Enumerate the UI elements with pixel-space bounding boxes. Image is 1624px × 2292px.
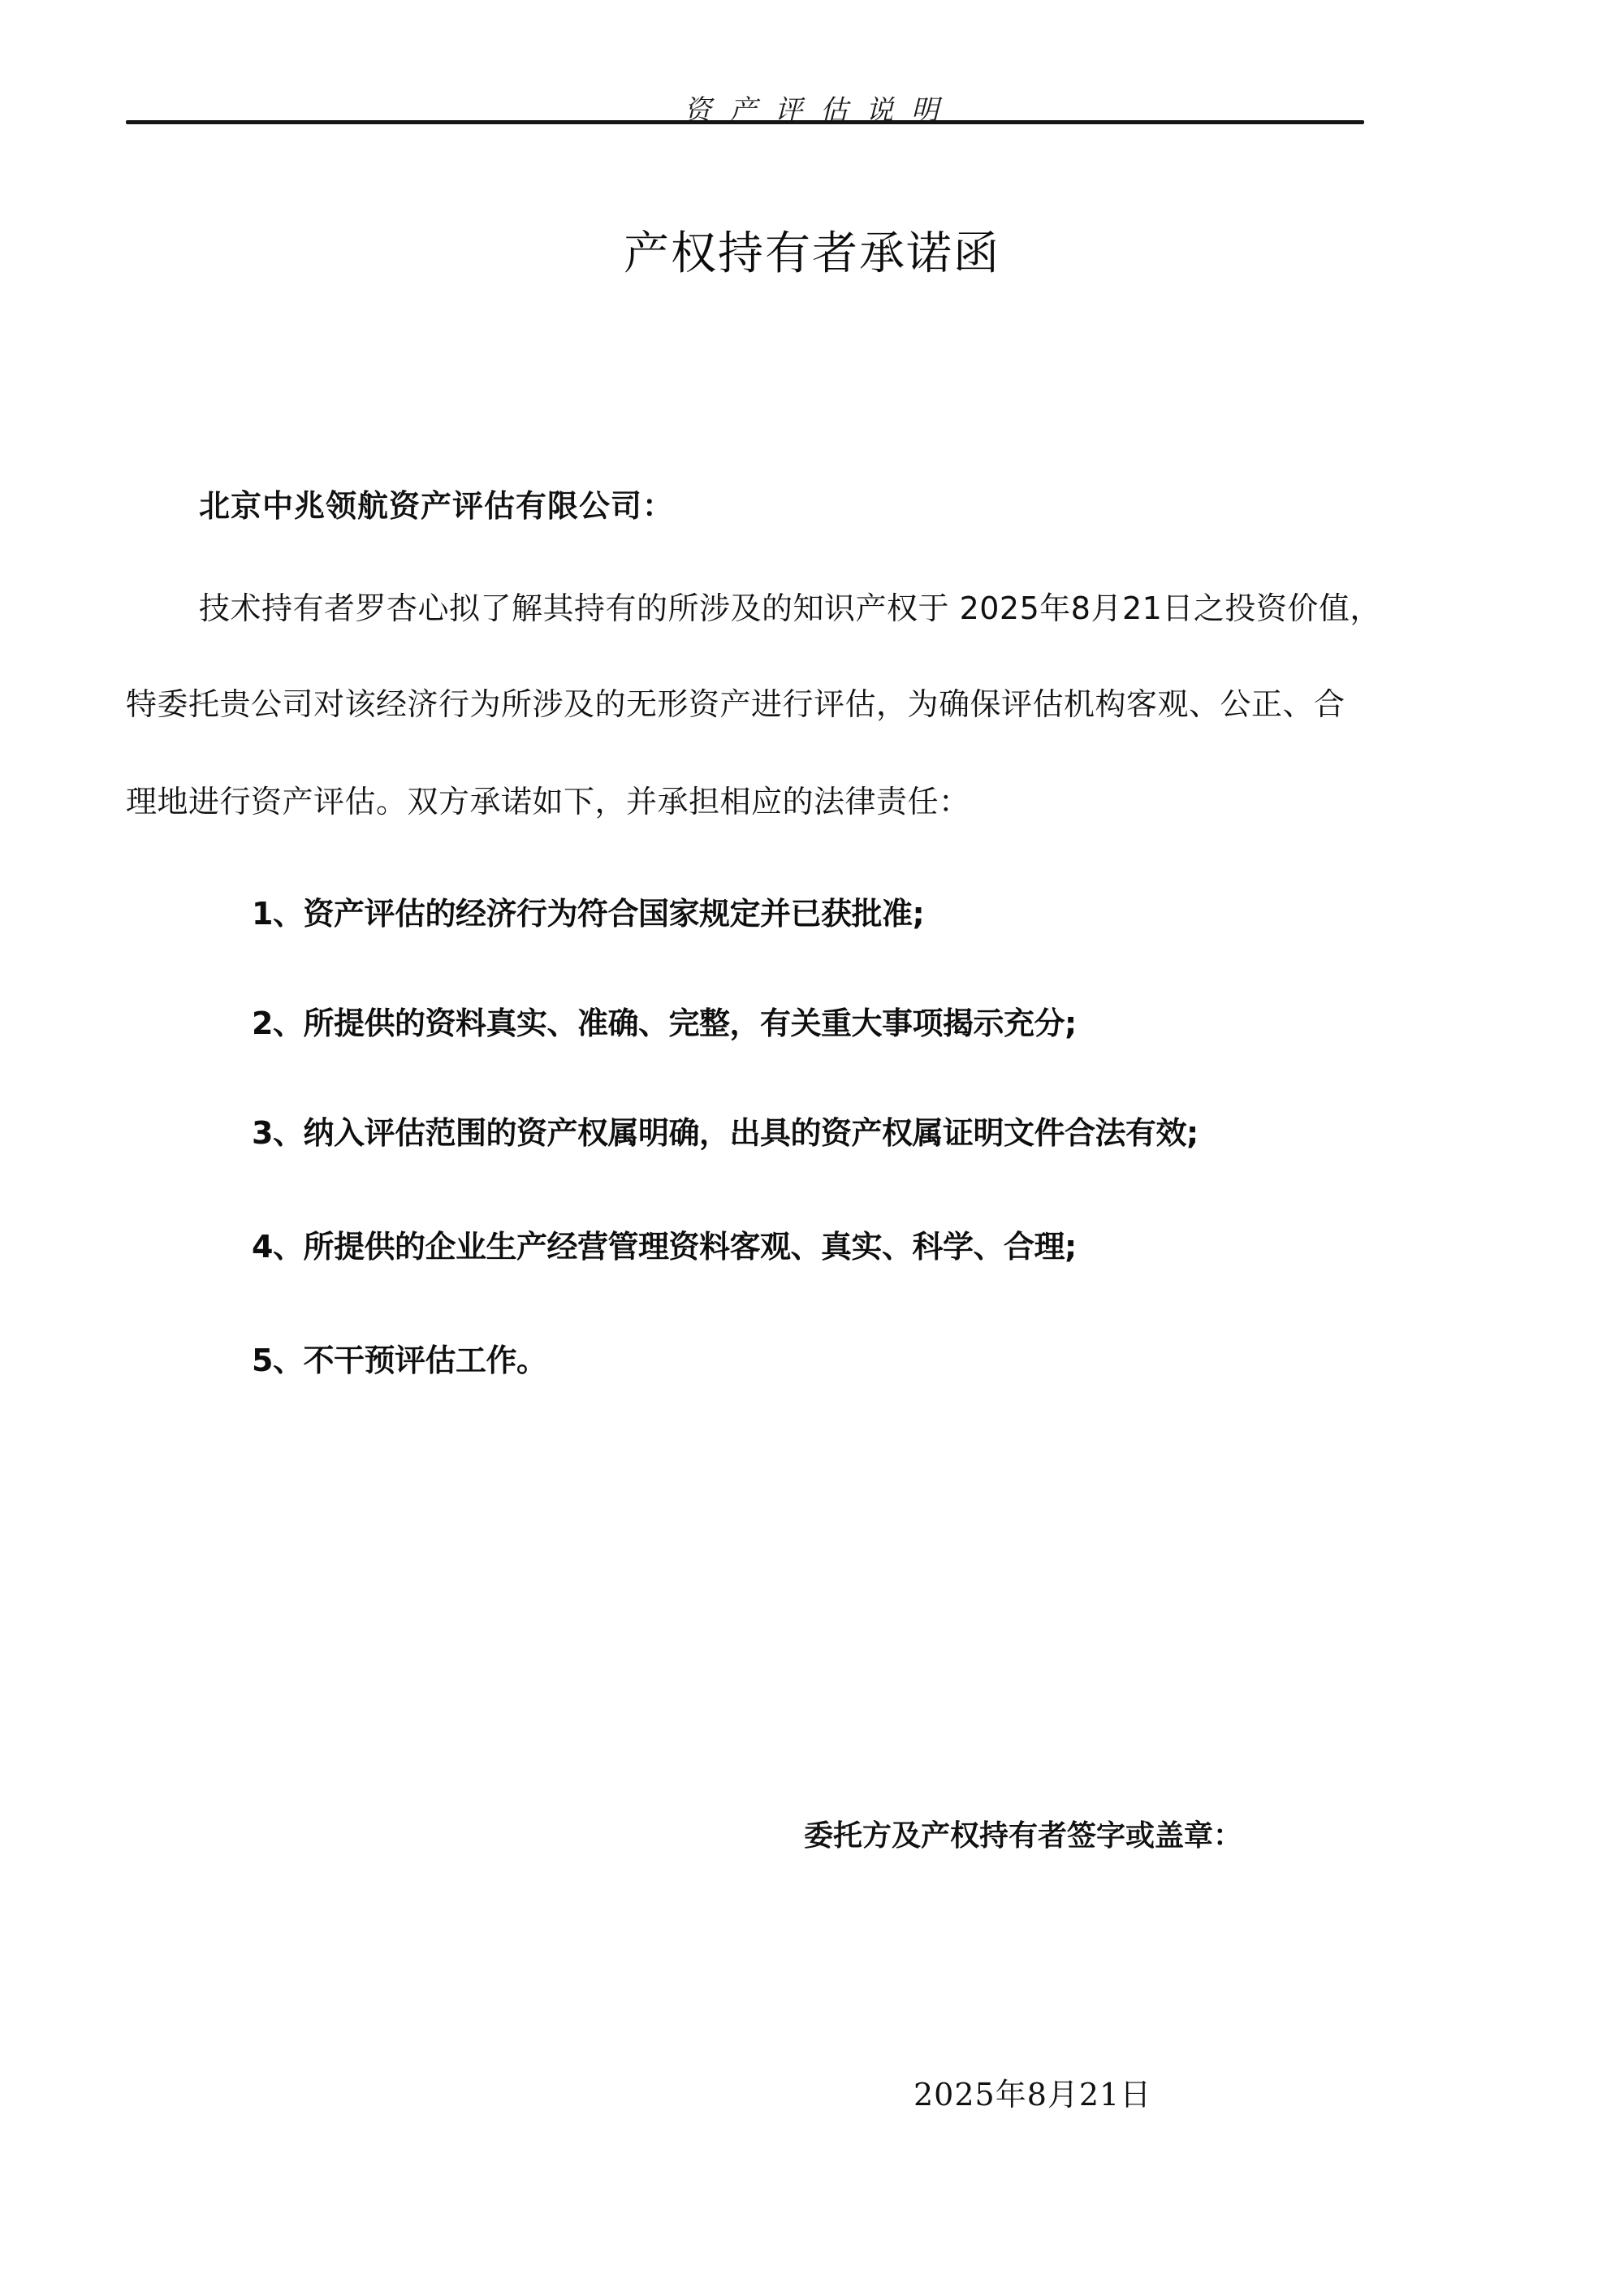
body-line: 技术持有者罗杏心拟了解其持有的所涉及的知识产权于 2025年8月21日之投资价值… — [199, 583, 1381, 628]
commitment-item: 4、所提供的企业生产经营管理资料客观、真实、科学、合理; — [252, 1222, 1077, 1266]
header-divider — [126, 120, 1364, 124]
body-line: 理地进行资产评估。双方承诺如下，并承担相应的法律责任： — [126, 776, 970, 821]
commitment-item: 2、所提供的资料真实、准确、完整，有关重大事项揭示充分; — [252, 998, 1077, 1043]
signature-label: 委托方及产权持有者签字或盖章： — [804, 1813, 1242, 1854]
addressee: 北京中兆领航资产评估有限公司： — [199, 481, 674, 525]
commitment-item: 1、资产评估的经济行为符合国家规定并已获批准; — [252, 889, 924, 933]
commitment-item: 5、不干预评估工作。 — [252, 1335, 546, 1380]
body-line: 特委托贵公司对该经济行为所涉及的无形资产进行评估，为确保评估机构客观、公正、合 — [126, 679, 1345, 724]
document-title: 产权持有者承诺函 — [0, 218, 1624, 283]
commitment-item: 3、纳入评估范围的资产权属明确，出具的资产权属证明文件合法有效; — [252, 1108, 1199, 1152]
document-date: 2025年8月21日 — [914, 2069, 1151, 2114]
